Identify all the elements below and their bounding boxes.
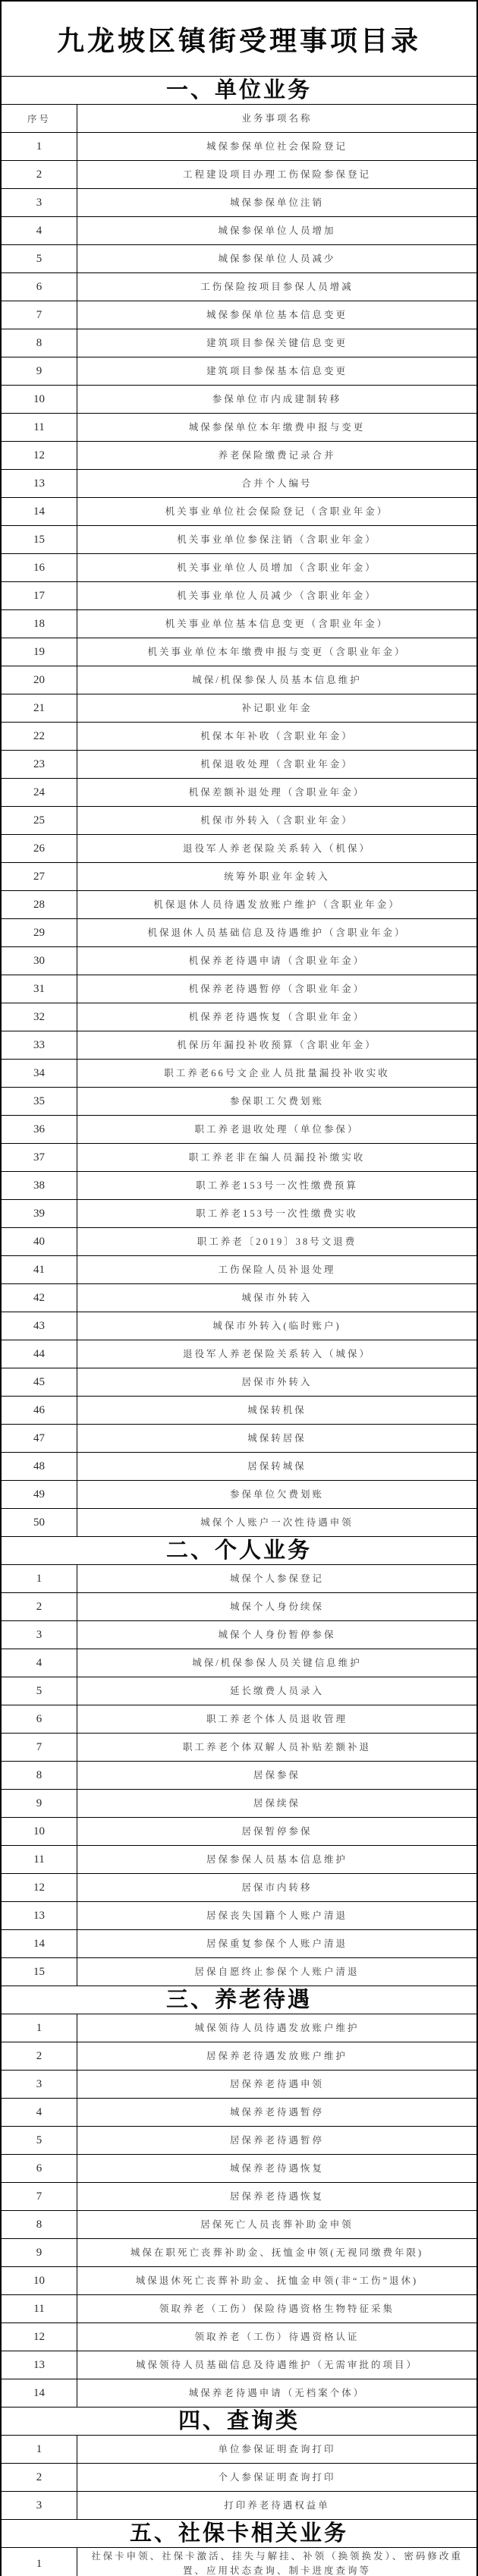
row-number: 24	[2, 779, 77, 806]
table-row: 1城保个人参保登记	[2, 1564, 476, 1592]
row-item-name: 工伤保险按项目参保人员增减	[77, 273, 476, 301]
row-number: 1	[2, 2014, 77, 2042]
row-number: 23	[2, 751, 77, 778]
row-number: 2	[2, 2042, 77, 2070]
table-row: 12居保市内转移	[2, 1873, 476, 1901]
table-row: 10城保退休死亡丧葬补助金、抚恤金申领(非“工伤”退休)	[2, 2266, 476, 2294]
table-row: 12养老保险缴费记录合并	[2, 441, 476, 469]
table-row: 4城保参保单位人员增加	[2, 216, 476, 244]
table-row: 11领取养老（工伤）保险待遇资格生物特征采集	[2, 2294, 476, 2322]
table-row: 6城保养老待遇恢复	[2, 2154, 476, 2182]
row-item-name: 职工养老非在编人员漏投补缴实收	[77, 1144, 476, 1171]
row-item-name: 机关事业单位人员减少（含职业年金）	[77, 582, 476, 609]
table-row: 38职工养老153号一次性缴费预算	[2, 1171, 476, 1199]
row-number: 44	[2, 1340, 77, 1368]
row-item-name: 机保养老待遇申请（含职业年金）	[77, 947, 476, 975]
table-row: 9建筑项目参保基本信息变更	[2, 357, 476, 385]
row-item-name: 城保领待人员待遇发放账户维护	[77, 2014, 476, 2042]
row-item-name: 居保转城保	[77, 1453, 476, 1480]
row-number: 16	[2, 554, 77, 581]
row-number: 48	[2, 1453, 77, 1480]
row-item-name: 参保单位欠费划账	[77, 1481, 476, 1508]
row-number: 14	[2, 2379, 77, 2407]
row-item-name: 居保续保	[77, 1790, 476, 1817]
table-row: 1城保参保单位社会保险登记	[2, 132, 476, 160]
table-row: 39职工养老153号一次性缴费实收	[2, 1199, 476, 1227]
table-row: 1城保领待人员待遇发放账户维护	[2, 2014, 476, 2042]
table-row: 19机关事业单位本年缴费申报与变更（含职业年金）	[2, 638, 476, 666]
row-item-name: 居保市内转移	[77, 1874, 476, 1901]
row-item-name: 城保参保单位基本信息变更	[77, 301, 476, 329]
row-number: 43	[2, 1312, 77, 1340]
row-number: 18	[2, 610, 77, 638]
row-number: 7	[2, 301, 77, 329]
row-item-name: 机保本年补收（含职业年金）	[77, 723, 476, 750]
table-row: 28机保退休人员待遇发放账户维护（含职业年金）	[2, 890, 476, 918]
table-row: 8居保死亡人员丧葬补助金申领	[2, 2210, 476, 2238]
row-number: 42	[2, 1284, 77, 1312]
row-number: 3	[2, 2492, 77, 2519]
row-item-name: 单位参保证明查询打印	[77, 2436, 476, 2463]
row-number: 9	[2, 1790, 77, 1817]
row-item-name: 机关事业单位基本信息变更（含职业年金）	[77, 610, 476, 638]
table-row: 8居保参保	[2, 1761, 476, 1789]
row-item-name: 居保养老待遇申领	[77, 2071, 476, 2098]
row-number: 27	[2, 863, 77, 890]
row-number: 13	[2, 2351, 77, 2379]
section-heading-3: 三、养老待遇	[2, 1986, 476, 2014]
table-row: 31机保养老待遇暂停（含职业年金）	[2, 975, 476, 1003]
row-item-name: 城保参保单位人员增加	[77, 217, 476, 244]
table-row: 6工伤保险按项目参保人员增减	[2, 272, 476, 301]
row-number: 32	[2, 1003, 77, 1031]
row-number: 11	[2, 414, 77, 441]
table-row: 2工程建设项目办理工伤保险参保登记	[2, 160, 476, 188]
row-item-name: 机保市外转入（含职业年金）	[77, 807, 476, 834]
table-row: 36职工养老退收处理（单位参保）	[2, 1115, 476, 1143]
row-item-name: 城保/机保参保人员关键信息维护	[77, 1649, 476, 1677]
table-row: 11居保参保人员基本信息维护	[2, 1845, 476, 1873]
table-row: 8建筑项目参保关键信息变更	[2, 329, 476, 357]
table-row: 35参保职工欠费划账	[2, 1087, 476, 1115]
section-heading-1: 一、单位业务	[2, 76, 476, 104]
row-number: 12	[2, 442, 77, 469]
table-row: 5延长缴费人员录入	[2, 1677, 476, 1705]
table-row: 34职工养老66号文企业人员批量漏投补收实收	[2, 1059, 476, 1087]
row-number: 50	[2, 1509, 77, 1536]
row-item-name: 养老保险缴费记录合并	[77, 442, 476, 469]
row-item-name: 居保市外转入	[77, 1368, 476, 1396]
row-item-name: 机保差额补退处理（含职业年金）	[77, 779, 476, 806]
table-row: 26退役军人养老保险关系转入（机保）	[2, 834, 476, 862]
row-number: 3	[2, 189, 77, 216]
row-number: 17	[2, 582, 77, 609]
row-item-name: 城保养老待遇申请（无档案个体）	[77, 2379, 476, 2407]
table-row: 17机关事业单位人员减少（含职业年金）	[2, 581, 476, 609]
table-row: 18机关事业单位基本信息变更（含职业年金）	[2, 609, 476, 638]
table-row: 15机关事业单位参保注销（含职业年金）	[2, 525, 476, 553]
row-item-name: 领取养老（工伤）保险待遇资格生物特征采集	[77, 2295, 476, 2322]
row-item-name: 机保退休人员待遇发放账户维护（含职业年金）	[77, 891, 476, 918]
directory-table: 九龙坡区镇街受理事项目录 一、单位业务序号业务事项名称1城保参保单位社会保险登记…	[0, 0, 478, 2576]
row-number: 11	[2, 1846, 77, 1873]
row-item-name: 退役军人养老保险关系转入（城保）	[77, 1340, 476, 1368]
row-item-name: 居保养老待遇暂停	[77, 2127, 476, 2154]
row-number: 2	[2, 1593, 77, 1620]
row-item-name: 城保个人身份续保	[77, 1593, 476, 1620]
row-item-name: 职工养老退收处理（单位参保）	[77, 1116, 476, 1143]
row-number: 40	[2, 1228, 77, 1255]
row-number: 10	[2, 1818, 77, 1845]
table-row: 3打印养老待遇权益单	[2, 2491, 476, 2519]
table-row: 46城保转机保	[2, 1396, 476, 1424]
section-heading-4: 四、查询类	[2, 2407, 476, 2435]
table-row: 7职工养老个体双解人员补贴差额补退	[2, 1733, 476, 1761]
row-number: 47	[2, 1425, 77, 1452]
row-item-name: 参保单位市内成建制转移	[77, 386, 476, 413]
table-row: 14城保养老待遇申请（无档案个体）	[2, 2379, 476, 2407]
row-number: 10	[2, 2267, 77, 2294]
row-number: 1	[2, 1565, 77, 1592]
row-item-name: 城保养老待遇恢复	[77, 2155, 476, 2182]
section-heading-5: 五、社保卡相关业务	[2, 2519, 476, 2547]
table-row: 27统筹外职业年金转入	[2, 862, 476, 890]
row-number: 7	[2, 1734, 77, 1761]
row-item-name: 城保领待人员基础信息及待遇维护（无需审批的项目）	[77, 2351, 476, 2379]
row-number: 8	[2, 329, 77, 357]
row-item-name: 补记职业年金	[77, 694, 476, 722]
row-item-name: 居保自愿终止参保个人账户清退	[77, 1958, 476, 1986]
column-header-no: 序号	[2, 105, 77, 132]
table-row: 5居保养老待遇暂停	[2, 2126, 476, 2154]
row-number: 34	[2, 1060, 77, 1087]
row-item-name: 机保退收处理（含职业年金）	[77, 751, 476, 778]
sections-host: 一、单位业务序号业务事项名称1城保参保单位社会保险登记2工程建设项目办理工伤保险…	[2, 76, 476, 2576]
row-number: 9	[2, 357, 77, 385]
row-item-name: 城保个人参保登记	[77, 1565, 476, 1592]
row-item-name: 领取养老（工伤）待遇资格认证	[77, 2323, 476, 2351]
row-number: 5	[2, 245, 77, 272]
row-number: 10	[2, 386, 77, 413]
row-number: 11	[2, 2295, 77, 2322]
row-number: 15	[2, 526, 77, 553]
table-row: 4城保/机保参保人员关键信息维护	[2, 1649, 476, 1677]
table-row: 1社保卡申领、社保卡激活、挂失与解挂、补领（换领换发）、密码修改重置、应用状态查…	[2, 2547, 476, 2576]
row-item-name: 职工养老153号一次性缴费实收	[77, 1200, 476, 1227]
row-number: 4	[2, 217, 77, 244]
row-number: 35	[2, 1088, 77, 1115]
row-number: 12	[2, 1874, 77, 1901]
table-row: 47城保转居保	[2, 1424, 476, 1452]
row-number: 49	[2, 1481, 77, 1508]
table-row: 45居保市外转入	[2, 1368, 476, 1396]
table-row: 3城保参保单位注销	[2, 188, 476, 216]
row-number: 2	[2, 2464, 77, 2491]
table-row: 3居保养老待遇申领	[2, 2070, 476, 2098]
row-number: 4	[2, 2099, 77, 2126]
row-item-name: 居保暂停参保	[77, 1818, 476, 1845]
table-row: 3城保个人身份暂停参保	[2, 1620, 476, 1649]
row-item-name: 居保参保	[77, 1762, 476, 1789]
row-number: 5	[2, 1677, 77, 1705]
row-number: 15	[2, 1958, 77, 1986]
row-number: 39	[2, 1200, 77, 1227]
row-item-name: 机关事业单位本年缴费申报与变更（含职业年金）	[77, 638, 476, 666]
row-number: 30	[2, 947, 77, 975]
row-item-name: 建筑项目参保基本信息变更	[77, 357, 476, 385]
row-number: 8	[2, 2211, 77, 2238]
row-item-name: 城保个人账户一次性待遇申领	[77, 1509, 476, 1536]
row-number: 2	[2, 161, 77, 188]
row-number: 33	[2, 1031, 77, 1059]
row-item-name: 打印养老待遇权益单	[77, 2492, 476, 2519]
row-item-name: 延长缴费人员录入	[77, 1677, 476, 1705]
row-item-name: 城保市外转入	[77, 1284, 476, 1312]
table-row: 9居保续保	[2, 1789, 476, 1817]
row-number: 8	[2, 1762, 77, 1789]
row-item-name: 职工养老个体双解人员补贴差额补退	[77, 1734, 476, 1761]
row-number: 26	[2, 835, 77, 862]
row-item-name: 机保养老待遇恢复（含职业年金）	[77, 1003, 476, 1031]
row-item-name: 机保历年漏投补收预算（含职业年金）	[77, 1031, 476, 1059]
row-item-name: 城保退休死亡丧葬补助金、抚恤金申领(非“工伤”退休)	[77, 2267, 476, 2294]
row-number: 13	[2, 470, 77, 497]
row-item-name: 机保退休人员基础信息及待遇维护（含职业年金）	[77, 919, 476, 946]
row-number: 1	[2, 2436, 77, 2463]
row-item-name: 城保参保单位注销	[77, 189, 476, 216]
table-row: 49参保单位欠费划账	[2, 1480, 476, 1508]
table-row: 10参保单位市内成建制转移	[2, 385, 476, 413]
table-row: 24机保差额补退处理（含职业年金）	[2, 778, 476, 806]
row-item-name: 居保丧失国籍个人账户清退	[77, 1902, 476, 1929]
row-number: 28	[2, 891, 77, 918]
row-number: 29	[2, 919, 77, 946]
table-row: 40职工养老〔2019〕38号文退费	[2, 1227, 476, 1255]
row-number: 6	[2, 1705, 77, 1733]
row-item-name: 职工养老〔2019〕38号文退费	[77, 1228, 476, 1255]
row-item-name: 城保转机保	[77, 1397, 476, 1424]
row-number: 12	[2, 2323, 77, 2351]
row-item-name: 建筑项目参保关键信息变更	[77, 329, 476, 357]
row-item-name: 工程建设项目办理工伤保险参保登记	[77, 161, 476, 188]
row-item-name: 城保转居保	[77, 1425, 476, 1452]
table-row: 50城保个人账户一次性待遇申领	[2, 1508, 476, 1536]
row-item-name: 城保养老待遇暂停	[77, 2099, 476, 2126]
table-row: 14机关事业单位社会保险登记（含职业年金）	[2, 497, 476, 525]
row-number: 1	[2, 2548, 77, 2576]
row-number: 41	[2, 1256, 77, 1283]
section-heading-2: 二、个人业务	[2, 1536, 476, 1564]
column-header-name: 业务事项名称	[77, 105, 476, 132]
row-item-name: 机关事业单位人员增加（含职业年金）	[77, 554, 476, 581]
table-row: 13合并个人编号	[2, 469, 476, 497]
row-number: 6	[2, 2155, 77, 2182]
table-row: 13居保丧失国籍个人账户清退	[2, 1901, 476, 1929]
row-item-name: 城保在职死亡丧葬补助金、抚恤金申领(无视同缴费年限)	[77, 2239, 476, 2266]
table-row: 43城保市外转入(临时账户)	[2, 1312, 476, 1340]
row-item-name: 个人参保证明查询打印	[77, 2464, 476, 2491]
row-item-name: 居保参保人员基本信息维护	[77, 1846, 476, 1873]
row-item-name: 社保卡申领、社保卡激活、挂失与解挂、补领（换领换发）、密码修改重置、应用状态查询…	[77, 2548, 476, 2576]
row-item-name: 职工养老153号一次性缴费预算	[77, 1172, 476, 1199]
table-row: 6职工养老个体人员退收管理	[2, 1705, 476, 1733]
table-row: 9城保在职死亡丧葬补助金、抚恤金申领(无视同缴费年限)	[2, 2238, 476, 2266]
row-number: 14	[2, 1930, 77, 1957]
table-row: 41工伤保险人员补退处理	[2, 1255, 476, 1283]
table-row: 37职工养老非在编人员漏投补缴实收	[2, 1143, 476, 1171]
table-row: 42城保市外转入	[2, 1283, 476, 1312]
table-row: 15居保自愿终止参保个人账户清退	[2, 1957, 476, 1986]
row-number: 3	[2, 1621, 77, 1649]
table-row: 2个人参保证明查询打印	[2, 2463, 476, 2491]
row-number: 22	[2, 723, 77, 750]
row-item-name: 城保个人身份暂停参保	[77, 1621, 476, 1649]
row-item-name: 居保重复参保个人账户清退	[77, 1930, 476, 1957]
row-number: 9	[2, 2239, 77, 2266]
row-item-name: 职工养老个体人员退收管理	[77, 1705, 476, 1733]
row-number: 21	[2, 694, 77, 722]
row-item-name: 参保职工欠费划账	[77, 1088, 476, 1115]
table-row: 14居保重复参保个人账户清退	[2, 1929, 476, 1957]
row-item-name: 工伤保险人员补退处理	[77, 1256, 476, 1283]
table-row: 25机保市外转入（含职业年金）	[2, 806, 476, 834]
table-row: 48居保转城保	[2, 1452, 476, 1480]
row-item-name: 统筹外职业年金转入	[77, 863, 476, 890]
row-number: 20	[2, 666, 77, 694]
table-row: 7城保参保单位基本信息变更	[2, 301, 476, 329]
table-row: 44退役军人养老保险关系转入（城保）	[2, 1340, 476, 1368]
row-item-name: 合并个人编号	[77, 470, 476, 497]
row-number: 14	[2, 498, 77, 525]
table-row: 2城保个人身份续保	[2, 1592, 476, 1620]
row-number: 6	[2, 273, 77, 301]
table-row: 10居保暂停参保	[2, 1817, 476, 1845]
row-number: 5	[2, 2127, 77, 2154]
row-item-name: 城保市外转入(临时账户)	[77, 1312, 476, 1340]
table-row: 29机保退休人员基础信息及待遇维护（含职业年金）	[2, 918, 476, 946]
row-number: 7	[2, 2183, 77, 2210]
row-item-name: 城保参保单位人员减少	[77, 245, 476, 272]
row-item-name: 城保参保单位本年缴费申报与变更	[77, 414, 476, 441]
row-number: 45	[2, 1368, 77, 1396]
row-number: 31	[2, 975, 77, 1003]
row-number: 4	[2, 1649, 77, 1677]
table-row: 21补记职业年金	[2, 694, 476, 722]
row-number: 46	[2, 1397, 77, 1424]
row-item-name: 居保死亡人员丧葬补助金申领	[77, 2211, 476, 2238]
table-row: 13城保领待人员基础信息及待遇维护（无需审批的项目）	[2, 2351, 476, 2379]
table-row: 16机关事业单位人员增加（含职业年金）	[2, 553, 476, 581]
table-row: 5城保参保单位人员减少	[2, 244, 476, 272]
row-number: 3	[2, 2071, 77, 2098]
row-number: 37	[2, 1144, 77, 1171]
row-item-name: 居保养老待遇发放账户维护	[77, 2042, 476, 2070]
row-item-name: 城保/机保参保人员基本信息维护	[77, 666, 476, 694]
table-row: 7居保养老待遇恢复	[2, 2182, 476, 2210]
row-item-name: 机保养老待遇暂停（含职业年金）	[77, 975, 476, 1003]
table-row: 4城保养老待遇暂停	[2, 2098, 476, 2126]
row-item-name: 城保参保单位社会保险登记	[77, 133, 476, 160]
row-item-name: 机关事业单位社会保险登记（含职业年金）	[77, 498, 476, 525]
row-number: 36	[2, 1116, 77, 1143]
table-row: 12领取养老（工伤）待遇资格认证	[2, 2322, 476, 2351]
table-header-row: 序号业务事项名称	[2, 104, 476, 132]
table-row: 33机保历年漏投补收预算（含职业年金）	[2, 1031, 476, 1059]
document-page: 九龙坡区镇街受理事项目录 一、单位业务序号业务事项名称1城保参保单位社会保险登记…	[0, 0, 478, 2576]
page-title: 九龙坡区镇街受理事项目录	[2, 2, 476, 76]
row-number: 1	[2, 133, 77, 160]
row-number: 13	[2, 1902, 77, 1929]
table-row: 11城保参保单位本年缴费申报与变更	[2, 413, 476, 441]
row-item-name: 居保养老待遇恢复	[77, 2183, 476, 2210]
table-row: 22机保本年补收（含职业年金）	[2, 722, 476, 750]
table-row: 2居保养老待遇发放账户维护	[2, 2042, 476, 2070]
row-number: 38	[2, 1172, 77, 1199]
table-row: 1单位参保证明查询打印	[2, 2435, 476, 2463]
row-number: 25	[2, 807, 77, 834]
row-item-name: 退役军人养老保险关系转入（机保）	[77, 835, 476, 862]
table-row: 23机保退收处理（含职业年金）	[2, 750, 476, 778]
table-row: 30机保养老待遇申请（含职业年金）	[2, 946, 476, 975]
table-row: 32机保养老待遇恢复（含职业年金）	[2, 1003, 476, 1031]
row-item-name: 职工养老66号文企业人员批量漏投补收实收	[77, 1060, 476, 1087]
table-row: 20城保/机保参保人员基本信息维护	[2, 666, 476, 694]
row-number: 19	[2, 638, 77, 666]
row-item-name: 机关事业单位参保注销（含职业年金）	[77, 526, 476, 553]
